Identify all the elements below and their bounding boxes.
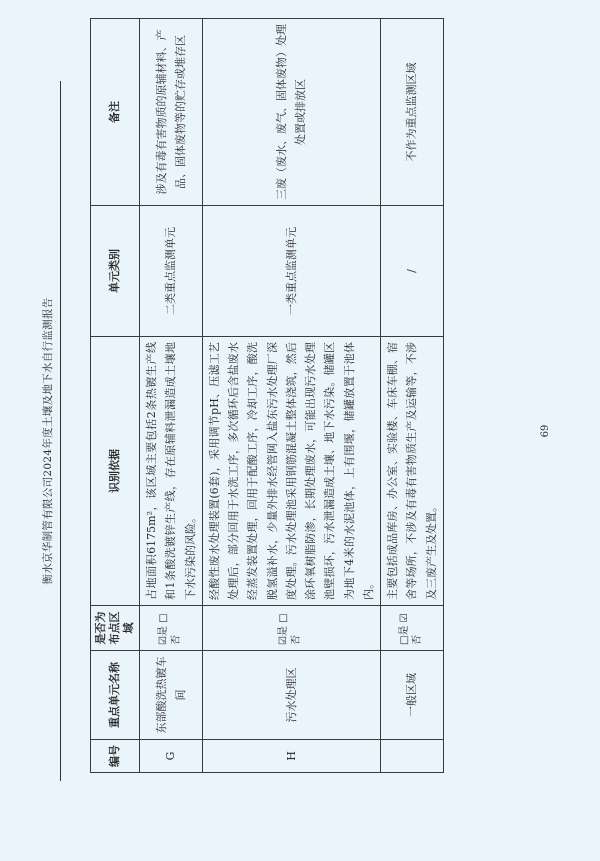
cell-basis: 经酸性废水处理装置(6套)，采用调节pH、压滤工艺处理后，部分回用于水洗工序，多… bbox=[202, 337, 380, 606]
monitoring-unit-table: 编号 重点单元名称 是否为布点区域 识别依据 单元类别 备注 G 东部酸洗热镀车… bbox=[90, 18, 444, 773]
key-area-checkbox: ☑是 □否 bbox=[157, 611, 183, 645]
cell-unit-name: 污水处理区 bbox=[202, 651, 380, 740]
header-rule bbox=[60, 81, 61, 781]
document-page: 衡水京华制管有限公司2024年度土壤及地下水自行监测报告 编号 重点单元名称 是… bbox=[0, 0, 600, 861]
cell-no: H bbox=[202, 740, 380, 773]
cell-basis: 占地面积6175m²，该区域主要包括2条热镀生产线和1条酸洗镀锌生产线，存在原辅… bbox=[140, 337, 203, 606]
key-area-checkbox: □是 ☑否 bbox=[398, 611, 424, 645]
key-area-checkbox: ☑是 □否 bbox=[277, 611, 303, 645]
cell-remarks: 不作为重点监测区域 bbox=[381, 19, 444, 206]
table-row: 一般区域 □是 ☑否 主要包括成品库房、办公室、实验楼、车床车棚、宿舍等场所，不… bbox=[381, 19, 444, 773]
header-no: 编号 bbox=[91, 740, 140, 773]
table-row: H 污水处理区 ☑是 □否 经酸性废水处理装置(6套)，采用调节pH、压滤工艺处… bbox=[202, 19, 380, 773]
cell-is-key-area: ☑是 □否 bbox=[202, 606, 380, 651]
table-header-row: 编号 重点单元名称 是否为布点区域 识别依据 单元类别 备注 bbox=[91, 19, 140, 773]
cell-unit-category: 一类重点监测单元 bbox=[202, 206, 380, 337]
cell-no: G bbox=[140, 740, 203, 773]
page-number: 69 bbox=[540, 421, 551, 441]
cell-basis: 主要包括成品库房、办公室、实验楼、车床车棚、宿舍等场所，不涉及有毒有害物质生产及… bbox=[381, 337, 444, 606]
header-basis: 识别依据 bbox=[91, 337, 140, 606]
header-unit-name: 重点单元名称 bbox=[91, 651, 140, 740]
cell-no bbox=[381, 740, 444, 773]
header-remarks: 备注 bbox=[91, 19, 140, 206]
cell-is-key-area: □是 ☑否 bbox=[381, 606, 444, 651]
cell-is-key-area: ☑是 □否 bbox=[140, 606, 203, 651]
header-unit-category: 单元类别 bbox=[91, 206, 140, 337]
cell-unit-category: / bbox=[381, 206, 444, 337]
cell-remarks: 三废（废水、废气、固体废物）处理处置或排放区 bbox=[202, 19, 380, 206]
table-row: G 东部酸洗热镀车间 ☑是 □否 占地面积6175m²，该区域主要包括2条热镀生… bbox=[140, 19, 203, 773]
cell-remarks: 涉及有毒有害物质的原辅材料、产品、固体废物等的贮存或堆存区 bbox=[140, 19, 203, 206]
cell-unit-category: 二类重点监测单元 bbox=[140, 206, 203, 337]
cell-unit-name: 一般区域 bbox=[381, 651, 444, 740]
running-head: 衡水京华制管有限公司2024年度土壤及地下水自行监测报告 bbox=[40, 291, 55, 591]
cell-unit-name: 东部酸洗热镀车间 bbox=[140, 651, 203, 740]
header-is-key-area: 是否为布点区域 bbox=[91, 606, 140, 651]
